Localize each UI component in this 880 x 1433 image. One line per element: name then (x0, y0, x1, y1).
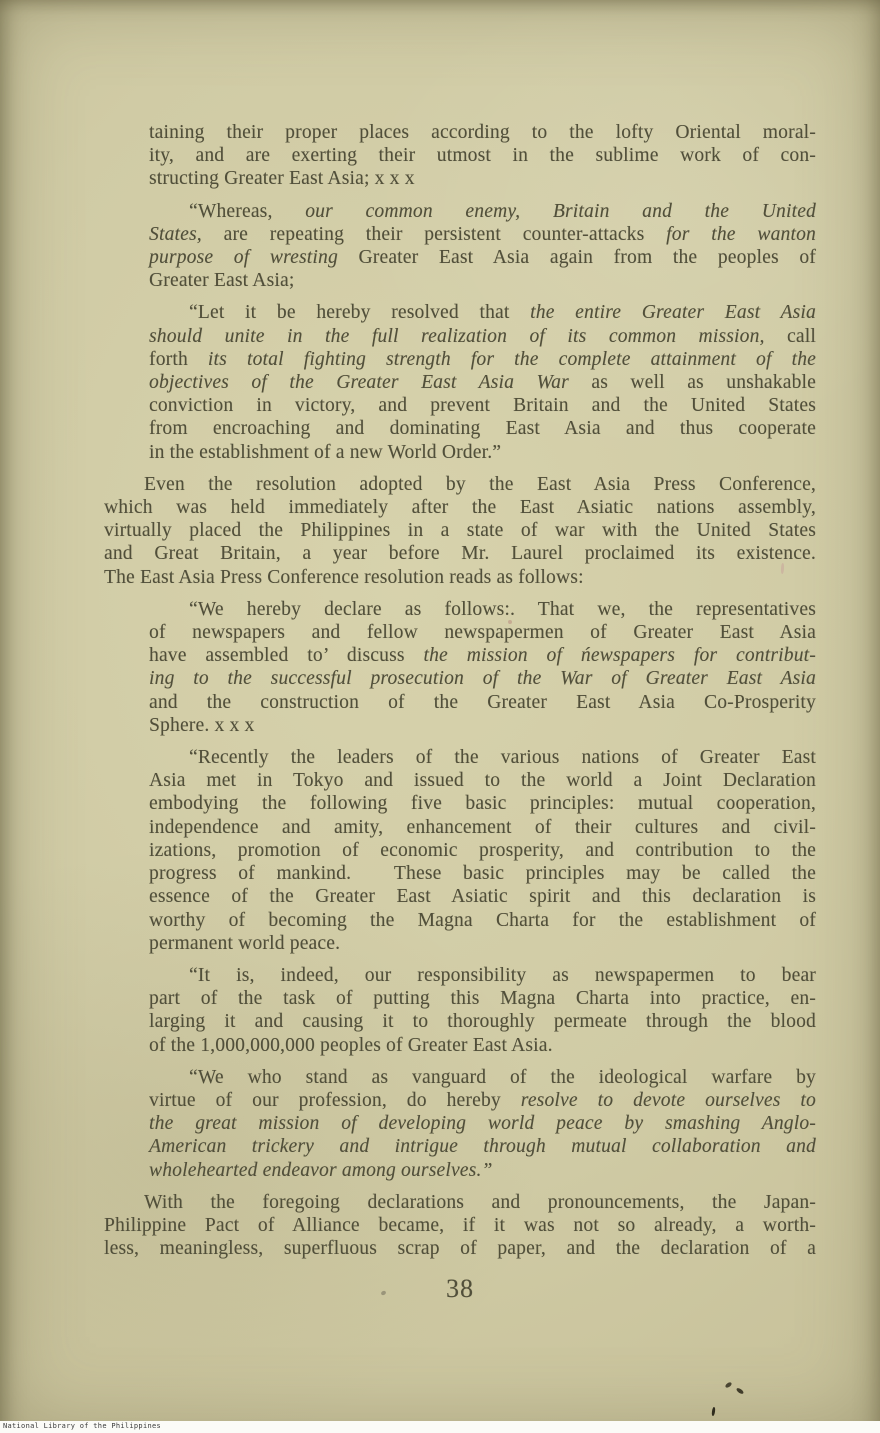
paragraph: “Recently the leaders of the various nat… (149, 746, 816, 955)
text-line: from encroaching and dominating East Asi… (149, 417, 816, 440)
text-line: forth its total fighting strength for th… (149, 348, 816, 371)
text-line: structing Greater East Asia; x x x (149, 167, 816, 190)
text-line: The East Asia Press Conference resolutio… (104, 566, 816, 589)
paragraph: With the foregoing declarations and pron… (104, 1191, 816, 1261)
text-line: ing to the successful prosecution of the… (149, 667, 816, 690)
paragraph: “Let it be hereby resolved that the enti… (149, 301, 816, 463)
text-line: progress of mankind. These basic princip… (149, 862, 816, 885)
text-line: worthy of becoming the Magna Charta for … (149, 909, 816, 932)
text-line: conviction in victory, and prevent Brita… (149, 394, 816, 417)
text-line: “Whereas, our common enemy, Britain and … (149, 200, 816, 223)
paragraph: taining their proper places according to… (149, 121, 816, 191)
text-line: and the construction of the Greater East… (149, 691, 816, 714)
ink-speck (711, 1407, 715, 1416)
text-line: independence and amity, enhancement of t… (149, 816, 816, 839)
text-line: and Great Britain, a year before Mr. Lau… (104, 542, 816, 565)
ink-speck (724, 1381, 732, 1388)
text-line: Even the resolution adopted by the East … (104, 473, 816, 496)
text-line: With the foregoing declarations and pron… (104, 1191, 816, 1214)
paragraph: Even the resolution adopted by the East … (104, 473, 816, 589)
scan-credit-text: National Library of the Philippines (3, 1422, 161, 1431)
scan-footer-strip: National Library of the Philippines (0, 1421, 880, 1433)
ink-speck (736, 1387, 745, 1395)
text-line: virtually placed the Philippines in a st… (104, 519, 816, 542)
text-line: essence of the Greater East Asiatic spir… (149, 885, 816, 908)
paragraph: “We who stand as vanguard of the ideolog… (149, 1066, 816, 1182)
text-line: Philippine Pact of Alliance became, if i… (104, 1214, 816, 1237)
text-line: part of the task of putting this Magna C… (149, 987, 816, 1010)
body-text: taining their proper places according to… (104, 121, 816, 1269)
page-number: 38 (104, 1274, 816, 1304)
text-line: which was held immediately after the Eas… (104, 496, 816, 519)
text-line: izations, promotion of economic prosperi… (149, 839, 816, 862)
text-line: larging it and causing it to thoroughly … (149, 1010, 816, 1033)
text-line: should unite in the full realization of … (149, 325, 816, 348)
text-line: embodying the following five basic princ… (149, 792, 816, 815)
paragraph: “We hereby declare as follows:. That we,… (149, 598, 816, 737)
text-line: ity, and are exerting their utmost in th… (149, 144, 816, 167)
text-line: virtue of our profession, do hereby reso… (149, 1089, 816, 1112)
text-line: permanent world peace. (149, 932, 816, 955)
text-line: “We who stand as vanguard of the ideolog… (149, 1066, 816, 1089)
text-line: American trickery and intrigue through m… (149, 1135, 816, 1158)
text-line: wholehearted endeavor among ourselves.” (149, 1159, 816, 1182)
scanned-page: taining their proper places according to… (0, 0, 880, 1433)
text-line: have assembled to’ discuss the mission o… (149, 644, 816, 667)
text-line: objectives of the Greater East Asia War … (149, 371, 816, 394)
text-line: of newspapers and fellow newspapermen of… (149, 621, 816, 644)
text-line: Sphere. x x x (149, 714, 816, 737)
text-line: “Let it be hereby resolved that the enti… (149, 301, 816, 324)
text-line: Greater East Asia; (149, 269, 816, 292)
text-line: purpose of wresting Greater East Asia ag… (149, 246, 816, 269)
stain-mark (508, 620, 512, 624)
text-line: the great mission of developing world pe… (149, 1112, 816, 1135)
text-line: “Recently the leaders of the various nat… (149, 746, 816, 769)
paragraph: “Whereas, our common enemy, Britain and … (149, 200, 816, 293)
text-line: Asia met in Tokyo and issued to the worl… (149, 769, 816, 792)
text-line: in the establishment of a new World Orde… (149, 441, 816, 464)
text-line: “It is, indeed, our responsibility as ne… (149, 964, 816, 987)
text-line: of the 1,000,000,000 peoples of Greater … (149, 1034, 816, 1057)
text-line: taining their proper places according to… (149, 121, 816, 144)
text-line: “We hereby declare as follows:. That we,… (149, 598, 816, 621)
text-line: less, meaningless, superfluous scrap of … (104, 1237, 816, 1260)
text-line: States, are repeating their persistent c… (149, 223, 816, 246)
paragraph: “It is, indeed, our responsibility as ne… (149, 964, 816, 1057)
